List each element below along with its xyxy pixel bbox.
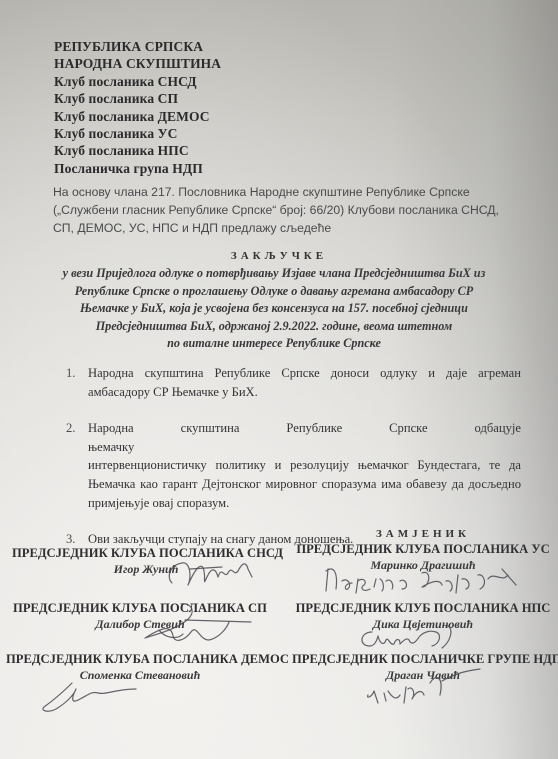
subtitle-line: Њемачке у БиХ, која је усвојена без конс… [56, 300, 492, 318]
header-line-club-snsd: Клуб посланика СНСД [54, 73, 221, 90]
handwritten-signature-icon [36, 679, 156, 719]
signatory-ndp: ПРЕДСЈЕДНИК ПОСЛАНИЧКЕ ГРУПЕ НДП Драган … [292, 651, 554, 683]
header-line-club-us: Клуб посланика УС [54, 125, 221, 142]
item-line: примјењује овај споразум. [88, 494, 521, 513]
conclusion-item-1: 1. Народна скупштина Републике Српске до… [66, 364, 521, 401]
item-line: Народна скупштина Републике Српске донос… [88, 364, 521, 383]
header-line-assembly: НАРОДНА СКУПШТИНА [54, 55, 221, 72]
intro-paragraph: На основу члана 217. Пословника Народне … [53, 183, 523, 237]
header-line-group-ndp: Посланичка група НДП [54, 160, 221, 177]
signatory-sp: ПРЕДСЈЕДНИК КЛУБА ПОСЛАНИКА СП Далибор С… [6, 600, 274, 632]
item-text: Народна скупштина Републике Српске одбац… [88, 419, 521, 512]
signatory-role: ПРЕДСЈЕДНИК КЛУБА ПОСЛАНИКА ДЕМОС [6, 651, 274, 667]
subtitle-line: Републике Српске о проглашењу Одлуке о д… [56, 283, 492, 301]
item-line: интервенционистичку политику и резолуциј… [88, 456, 521, 475]
deputy-label: ЗАМЈЕНИК [292, 527, 554, 541]
handwritten-signature-icon [101, 600, 261, 650]
conclusion-item-2: 2. Народна скупштина Републике Српске од… [66, 419, 521, 512]
signatory-snsd: ПРЕДСЈЕДНИК КЛУБА ПОСЛАНИКА СНСД Игор Жу… [12, 545, 280, 577]
handwritten-signature-icon [162, 555, 272, 595]
header-line-republic: РЕПУБЛИКА СРПСКА [54, 38, 221, 55]
signatory-role: ПРЕДСЈЕДНИК ПОСЛАНИЧКЕ ГРУПЕ НДП [292, 651, 554, 667]
document-header: РЕПУБЛИКА СРПСКА НАРОДНА СКУПШТИНА Клуб … [54, 38, 221, 177]
signatory-role: ПРЕДСЈЕДНИК КЛУБ ПОСЛАНИКА НПС [292, 600, 554, 616]
signatory-role: ПРЕДСЈЕДНИК КЛУБА ПОСЛАНИКА УС [292, 541, 554, 557]
header-line-club-sp: Клуб посланика СП [54, 90, 221, 107]
signatory-nps: ПРЕДСЈЕДНИК КЛУБ ПОСЛАНИКА НПС Дика Цвје… [292, 600, 554, 632]
item-line: Њемачка као гарант Дејтонског мировног с… [88, 475, 521, 494]
handwritten-signature-icon [312, 563, 532, 597]
subtitle-line: у вези Приједлога одлуке о потврђивању И… [56, 265, 492, 283]
item-number: 2. [66, 419, 88, 512]
item-number: 1. [66, 364, 88, 401]
item-text: Народна скупштина Републике Српске донос… [88, 364, 521, 401]
header-line-club-nps: Клуб посланика НПС [54, 142, 221, 159]
subtitle-line: Предсједништва БиХ, одржаној 2.9.2022. г… [56, 318, 492, 336]
conclusions-title: ЗАКЉУЧКЕ [0, 250, 558, 262]
item-line: Народна скупштина Републике Српске одбац… [88, 419, 521, 456]
item-line: амбасадору СР Њемачке у БиХ. [88, 383, 521, 402]
conclusions-subtitle: у вези Приједлога одлуке о потврђивању И… [56, 265, 492, 353]
signatory-demos: ПРЕДСЈЕДНИК КЛУБА ПОСЛАНИКА ДЕМОС Спомен… [6, 651, 274, 683]
handwritten-signature-icon [356, 667, 496, 707]
header-line-club-demos: Клуб посланика ДЕМОС [54, 108, 221, 125]
signatory-us: ЗАМЈЕНИК ПРЕДСЈЕДНИК КЛУБА ПОСЛАНИКА УС … [292, 527, 554, 573]
subtitle-line: по виталне интересе Републике Српске [56, 335, 492, 353]
handwritten-signature-icon [352, 622, 472, 652]
document-page: РЕПУБЛИКА СРПСКА НАРОДНА СКУПШТИНА Клуб … [0, 0, 558, 759]
